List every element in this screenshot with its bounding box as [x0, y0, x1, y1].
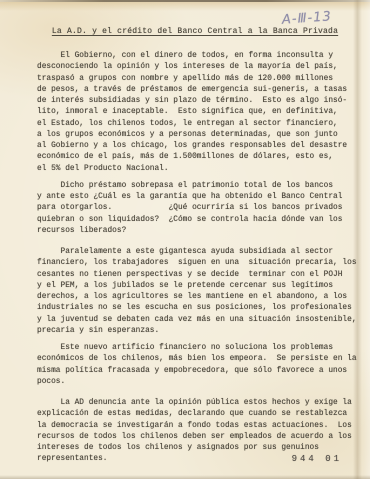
- scan-right-crease: [353, 0, 362, 479]
- document-body: La A.D. y el crédito del Banco Central a…: [37, 27, 353, 472]
- scanned-document-page: A-Ⅲ-13 La A.D. y el crédito del Banco Ce…: [0, 0, 370, 479]
- scan-right-edge: [363, 0, 370, 479]
- document-title: La A.D. y el crédito del Banco Central a…: [37, 27, 353, 36]
- paragraph-4: Este nuevo artificio financiero no soluc…: [37, 343, 353, 388]
- handwritten-annotation: A-Ⅲ-13: [282, 9, 333, 27]
- scan-bottom-edge: [0, 475, 370, 479]
- paragraph-2: Dicho préstamo sobrepasa el patrimonio t…: [37, 181, 353, 237]
- archive-number-stamp: 944 01: [292, 454, 342, 464]
- paragraph-3: Paralelamente a este gigantesca ayuda su…: [37, 247, 353, 337]
- paragraph-1: El Gobierno, con el dinero de todos, en …: [37, 51, 353, 175]
